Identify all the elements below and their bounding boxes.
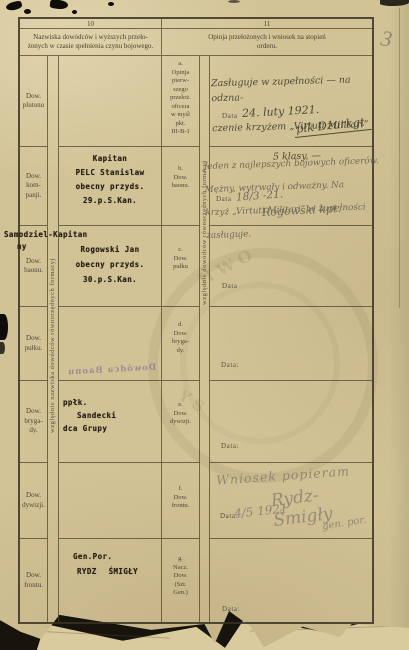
sub-line: bryga- (162, 338, 199, 347)
label-line: bryga- (24, 417, 42, 427)
handwriting-line: Zasługuje w zupełności — na odzna- (211, 72, 380, 106)
ink-blob (72, 10, 77, 14)
sub-label-d: d. Dow. bryga- dy. (162, 307, 200, 381)
ink-blob-left-edge (0, 314, 8, 340)
label-line: Dow. (26, 92, 41, 102)
sub-letter: b. (162, 165, 199, 174)
sub-label-e: e. Dow. dywizji. (162, 381, 200, 463)
data-label: Data: (221, 361, 239, 369)
name-cell-pelc: Kapitan PELC Stanislaw obecny przyds. 29… (59, 147, 162, 226)
title-line: Nazwiska dowódców i wyższych przeło- (20, 33, 161, 42)
data-label: Data: (221, 442, 239, 450)
typed-line: ppłk. (63, 399, 88, 407)
column-11-title: Opinja przełożonych i wniosek na stopień… (162, 29, 372, 56)
typed-line: dca Grupy (63, 425, 107, 433)
scanned-document-page: H W O Y S 10 11 Nazwiska dowódców i wyżs… (0, 0, 409, 650)
ink-blob-left-edge (0, 342, 5, 354)
sub-line: Dow. (162, 330, 199, 339)
label-line: Dow. (26, 491, 41, 501)
sub-line: pkt. (162, 120, 199, 129)
row-label-company-commander: Dow. kom- panji. (20, 147, 48, 226)
sub-label-c: c. Dow. pułku (162, 226, 200, 307)
ink-smudge (228, 0, 240, 3)
handwriting-line: Mężny, wytrwały i odważny. Na (204, 178, 380, 196)
typed-line: obecny przyds. (76, 183, 145, 191)
typed-line: Gen.Por. (73, 553, 112, 561)
name-cell-empty (59, 56, 162, 147)
sub-label-g: g. Nacz. Dow. (Szt. Gen.) (162, 539, 200, 622)
sub-line: w myśl (162, 111, 199, 120)
typed-line: Rogowski Jan (81, 246, 140, 254)
sub-letter: d. (162, 321, 199, 330)
opinion-cell-3: Data (210, 226, 372, 307)
sub-line: frontu. (162, 502, 199, 511)
column-10-number: 10 (20, 19, 162, 29)
sub-letter: c. (162, 246, 199, 255)
sub-line: szego (162, 86, 199, 95)
sub-line: dy. (162, 347, 199, 356)
row-label-division-commander: Dow. dywizji. (20, 463, 48, 539)
row-label-brigade-commander: Dow. bryga- dy. (20, 381, 48, 463)
opinion-cell-2: Jeden z najlepszych bojowych oficerów. M… (210, 147, 372, 226)
sub-line: oficera (162, 103, 199, 112)
sub-letter: e. (162, 401, 199, 410)
sub-line: przełoż. (162, 94, 199, 103)
sub-letter: g. (162, 555, 199, 564)
label-line: Dow. (26, 257, 41, 267)
typed-line: obecny przyds. (76, 261, 145, 269)
sub-line: Dow. (162, 410, 199, 419)
ink-blob (108, 2, 114, 6)
data-label: Data: (222, 605, 240, 613)
sub-letter: a. (162, 60, 199, 69)
label-line: pułku. (25, 344, 43, 354)
typed-line: RYDZ ŚMIGŁY (77, 568, 138, 576)
sub-line: Dow. (162, 494, 199, 503)
label-line: panji. (26, 191, 42, 201)
typed-line: Sandecki (77, 412, 116, 420)
sub-line: Dow. (162, 255, 199, 264)
title-line: orderu. (162, 42, 372, 51)
sub-line: Dow. (162, 174, 199, 183)
mirrored-bleedthrough-stamp: Dowódca Baonu (67, 363, 157, 378)
column-10-title: Nazwiska dowódców i wyższych przeło- żon… (20, 29, 162, 56)
typed-overlay-ny: ny (17, 242, 27, 251)
sub-label-b: b. Dow. baonu. (162, 147, 200, 226)
label-line: plutonu (23, 101, 44, 111)
typed-overlay-samodzielny: Samodziel-Kapitan (4, 230, 88, 239)
name-cell-sandecki: ppłk. Sandecki dca Grupy (59, 381, 162, 463)
label-line: Dow. (26, 407, 41, 417)
typed-line: 29.p.S.Kan. (83, 197, 137, 205)
sub-line: pułku (162, 263, 199, 272)
sub-label-a: a. Opinja pierw- szego przełoż. oficera … (162, 56, 200, 147)
handwriting-line: Jeden z najlepszych bojowych oficerów. (204, 155, 380, 173)
data-label: Data (216, 195, 232, 203)
label-line: frontu. (24, 581, 43, 591)
data-label: Data (222, 282, 238, 290)
row-label-front-commander: Dow. frontu. (20, 539, 48, 622)
paper-crease (399, 8, 400, 308)
label-line: Dow. (26, 334, 41, 344)
document-table: 10 11 Nazwiska dowódców i wyższych przeł… (18, 17, 374, 624)
name-cell-rydz-smigly: Gen.Por. RYDZ ŚMIGŁY (59, 539, 162, 622)
label-line: kom- (26, 181, 41, 191)
sub-line: III-B-1 (162, 128, 199, 137)
sub-line: pierw- (162, 77, 199, 86)
sub-line: Gen.) (162, 589, 199, 598)
column-11-number: 11 (162, 19, 372, 29)
left-strip-rotated-text: względnie nazwiska dowódców równorzędnyc… (49, 243, 56, 433)
opinion-cell-1: Zasługuje w zupełności — na odzna- czeni… (210, 56, 372, 147)
row-label-platoon-commander: Dow. plutonu (20, 56, 48, 147)
sub-letter: f. (162, 485, 199, 494)
ink-blob (24, 9, 31, 14)
label-line: Dow. (26, 571, 41, 581)
title-line: Opinja przełożonych i wniosek na stopień (162, 33, 372, 42)
typed-line: PELC Stanislaw (76, 169, 145, 177)
name-cell-with-mirrored-stamp: Dowódca Baonu (59, 307, 162, 381)
sub-line: Nacz. (162, 564, 199, 573)
opinion-cell-4: Data: (210, 307, 372, 381)
typed-line: Kapitan (93, 155, 127, 163)
sub-line: Opinja (162, 69, 199, 78)
right-vertical-strip: względnie dowódców równorzędnych formacy… (200, 56, 210, 622)
sub-line: Dow. (162, 572, 199, 581)
opinion-cell-6: Wniosek popieram Rydz-Śmigły Data: 4/5 1… (210, 463, 372, 539)
data-label: Data (222, 112, 238, 120)
opinion-cell-7: Data: (210, 539, 372, 622)
sub-label-f: f. Dow. frontu. (162, 463, 200, 539)
sub-line: (Szt. (162, 581, 199, 590)
page-number: 3 (379, 25, 394, 52)
label-line: dy. (29, 426, 37, 436)
row-label-regiment-commander: Dow. pułku. (20, 307, 48, 381)
sub-line: baonu. (162, 182, 199, 191)
left-vertical-strip: względnie nazwiska dowódców równorzędnyc… (48, 56, 59, 622)
title-line: żonych w czasie spełnienia czynu bojoweg… (20, 42, 161, 51)
opinion-cell-5: Data: (210, 381, 372, 463)
sub-line: dywizji. (162, 418, 199, 427)
label-line: baonu. (24, 266, 43, 276)
label-line: Dow. (26, 172, 41, 182)
document-content: 10 11 Nazwiska dowódców i wyższych przeł… (0, 0, 409, 650)
name-cell-empty (59, 463, 162, 539)
label-line: dywizji. (22, 501, 45, 511)
typed-line: 30.p.S.Kan. (83, 276, 137, 284)
